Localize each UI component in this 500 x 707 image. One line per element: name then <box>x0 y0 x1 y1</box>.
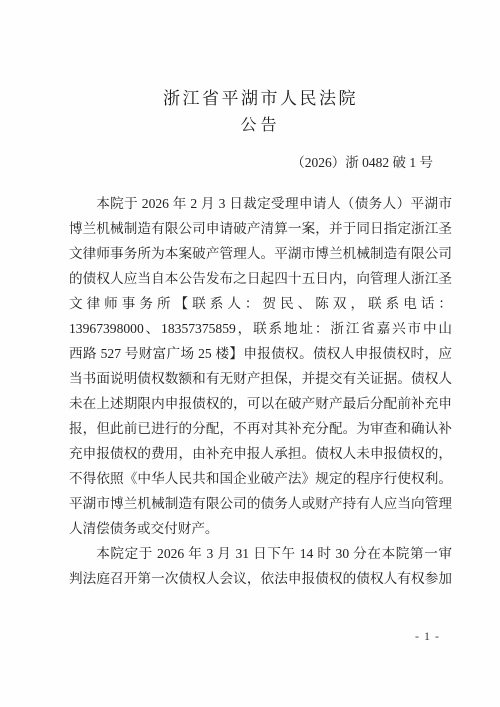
page-number: - 1 - <box>415 629 440 644</box>
announcement-body: 本院于 2026 年 2 月 3 日裁定受理申请人（债务人）平湖市博兰机械制造有… <box>69 191 452 591</box>
body-line: 的债权人应当自本公告发布之日起四十五日内，向管理人浙江圣 <box>69 266 452 291</box>
body-line: 13967398000、18357375859，联系地址：浙江省嘉兴市中山 <box>69 316 452 341</box>
announcement-title: 公告 <box>69 112 452 135</box>
body-line: 本院于 2026 年 2 月 3 日裁定受理申请人（债务人）平湖市 <box>69 191 452 216</box>
body-line: 判法庭召开第一次债权人会议，依法申报债权的债权人有权参加 <box>69 566 452 591</box>
body-line: 平湖市博兰机械制造有限公司的债务人或财产持有人应当向管理 <box>69 491 452 516</box>
body-line: 文律师事务所为本案破产管理人。平湖市博兰机械制造有限公司 <box>69 241 452 266</box>
body-line: 报，但此前已进行的分配，不再对其补充分配。为审查和确认补 <box>69 416 452 441</box>
body-line: 不得依照《中华人民共和国企业破产法》规定的程序行使权利。 <box>69 466 452 491</box>
body-line: 当书面说明债权数额和有无财产担保，并提交有关证据。债权人 <box>69 366 452 391</box>
body-line: 博兰机械制造有限公司申请破产清算一案，并于同日指定浙江圣 <box>69 216 452 241</box>
body-line: 充申报债权的费用，由补充申报人承担。债权人未申报债权的， <box>69 441 452 466</box>
court-name-title: 浙江省平湖市人民法院 <box>69 84 452 109</box>
body-line: 文律师事务所【联系人：贺民、陈双，联系电话： <box>69 291 452 316</box>
body-line: 未在上述期限内申报债权的，可以在破产财产最后分配前补充申 <box>69 391 452 416</box>
body-line: 本院定于 2026 年 3 月 31 日下午 14 时 30 分在本院第一审 <box>69 541 452 566</box>
body-line: 人清偿债务或交付财产。 <box>69 516 452 541</box>
body-line: 西路 527 号财富广场 25 楼】申报债权。债权人申报债权时，应 <box>69 341 452 366</box>
case-number: （2026）浙 0482 破 1 号 <box>291 151 433 171</box>
document-page: 浙江省平湖市人民法院 公告 （2026）浙 0482 破 1 号 本院于 202… <box>0 0 500 707</box>
